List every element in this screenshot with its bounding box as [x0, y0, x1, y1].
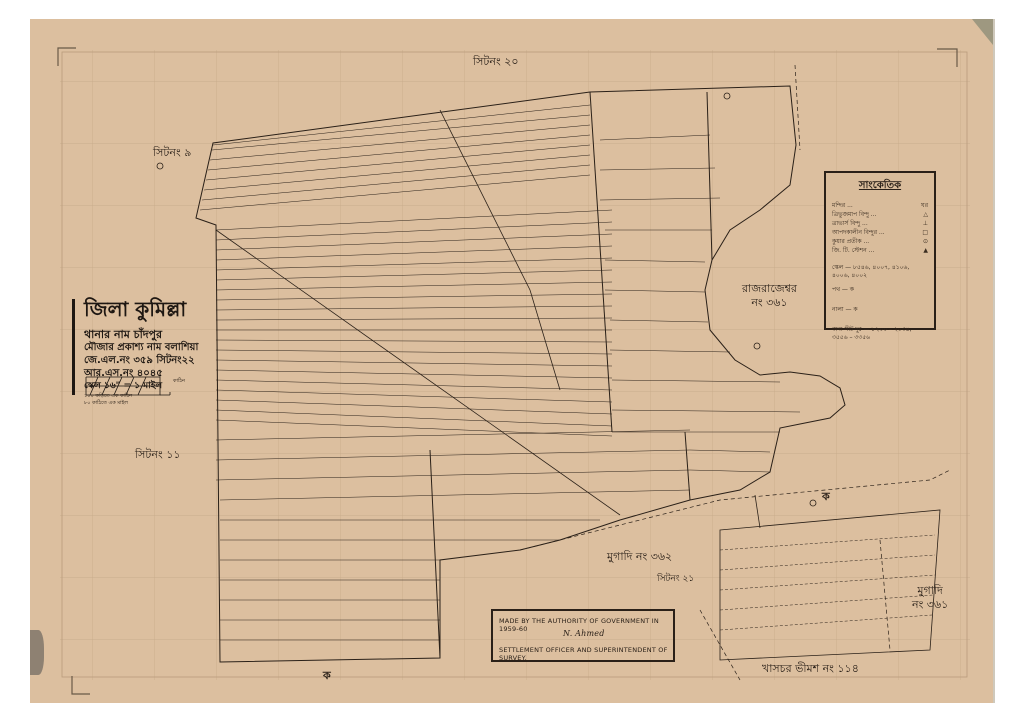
legend-item-label: কুয়ার প্রতীক ... [832, 237, 869, 246]
neighbor-mouza-number: নং ৩৬১ [742, 296, 797, 310]
authority-line-2: SETTLEMENT OFFICER AND SUPERINTENDENT OF… [499, 646, 673, 662]
legend-note: নালা — ক [826, 303, 934, 317]
legend-note: পথ — ক [826, 283, 934, 297]
gt-station-icon: ▲ [923, 246, 928, 255]
neighbor-mouza-mugadi-361: মুগাদি নং ৩৬১ [912, 584, 948, 612]
legend-item: কুয়ার প্রতীক ...⊙ [826, 237, 934, 246]
jl-number: জে.এল.নং ৩৫৯ সিটনং২২ [84, 354, 217, 367]
map-legend: সাংকেতিক মন্দির ...ঘর ত্রিভুজমাপ বিন্দু … [824, 171, 936, 330]
scale-note-1: ১০০ কড়িতে এক কাঠিন [84, 393, 217, 400]
neighbor-mouza-mugadi-362: মুগাদি নং ৩৬২ [607, 548, 672, 567]
well-icon: ⊙ [923, 237, 928, 246]
ka-marker-bottom: ক [323, 667, 331, 686]
neighbor-mouza-name: মুগাদি [912, 584, 948, 598]
sheet-label-left-upper: সিটনং ৯ [153, 144, 191, 163]
ka-marker-right: ক [822, 488, 830, 507]
legend-item: জি. টি. স্টেশন ...▲ [826, 246, 934, 255]
sheet-label-left-lower: সিটনং ১১ [135, 446, 180, 465]
legend-item-label: ত্রাভার্স বিন্দু ... [832, 219, 868, 228]
neighbor-mouza-name: রাজরাজেশ্বর [742, 282, 797, 296]
legend-item: মন্দির ...ঘর [826, 201, 934, 210]
rs-number: আর.এস.নং ৪০৪৫ [84, 367, 217, 380]
triangulation-point-icon: △ [923, 210, 928, 219]
temple-icon: ঘর [921, 201, 928, 210]
legend-item-label: আপদকালীন বিন্দুর ... [832, 228, 885, 237]
title-block-bar [72, 299, 75, 395]
map-title-block: জিলা কুমিল্লা থানার নাম চাঁদপুর মৌজার প্… [72, 295, 217, 407]
legend-note: স্কেল — ৮৫৪৬, ৪০০৭, ৪১০৬, ৪০০৬, ৪০০২ [826, 261, 934, 283]
traverse-point-icon: ⊥ [923, 219, 928, 228]
square-marker-icon: □ [922, 228, 928, 237]
district-name: জিলা কুমিল্লা [84, 295, 217, 328]
legend-item-label: মন্দির ... [832, 201, 853, 210]
scale-note-2: ৮০ কাঠিতে এক মাইল [84, 400, 217, 407]
sheet-label-bottom-right: সিটনং ২১ [657, 571, 694, 586]
authority-signature: N. Ahmed [563, 629, 605, 638]
legend-note: অন্য সীট দুর — ৮২০০ – ২০৩৪, ৩৫৫৬ – ৩৩৫৬ [826, 323, 934, 345]
legend-item: আপদকালীন বিন্দুর ...□ [826, 228, 934, 237]
scale-bar-label: কাঠিন [173, 378, 185, 386]
legend-item-label: ত্রিভুজমাপ বিন্দু ... [832, 210, 877, 219]
sheet-label-top: সিটনং ২০ [473, 53, 519, 72]
authority-stamp: MADE BY THE AUTHORITY OF GOVERNMENT IN 1… [491, 609, 675, 662]
neighbor-mouza-rajrajeshwar: রাজরাজেশ্বর নং ৩৬১ [742, 282, 797, 310]
neighbor-mouza-khaschar: খাসচর ভীমশ নং ১১৪ [762, 660, 859, 679]
neighbor-mouza-number: নং ৩৬১ [912, 598, 948, 612]
thana-name: থানার নাম চাঁদপুর [84, 328, 217, 341]
mouza-name: মৌজার প্রকাশ্য নাম বলাশিয়া [84, 341, 217, 354]
legend-item-label: জি. টি. স্টেশন ... [832, 246, 874, 255]
map-scale: স্কেল ১৬" = ১ মাইল [84, 380, 217, 393]
legend-item: ত্রিভুজমাপ বিন্দু ...△ [826, 210, 934, 219]
legend-title: সাংকেতিক [826, 178, 934, 195]
legend-item: ত্রাভার্স বিন্দু ...⊥ [826, 219, 934, 228]
